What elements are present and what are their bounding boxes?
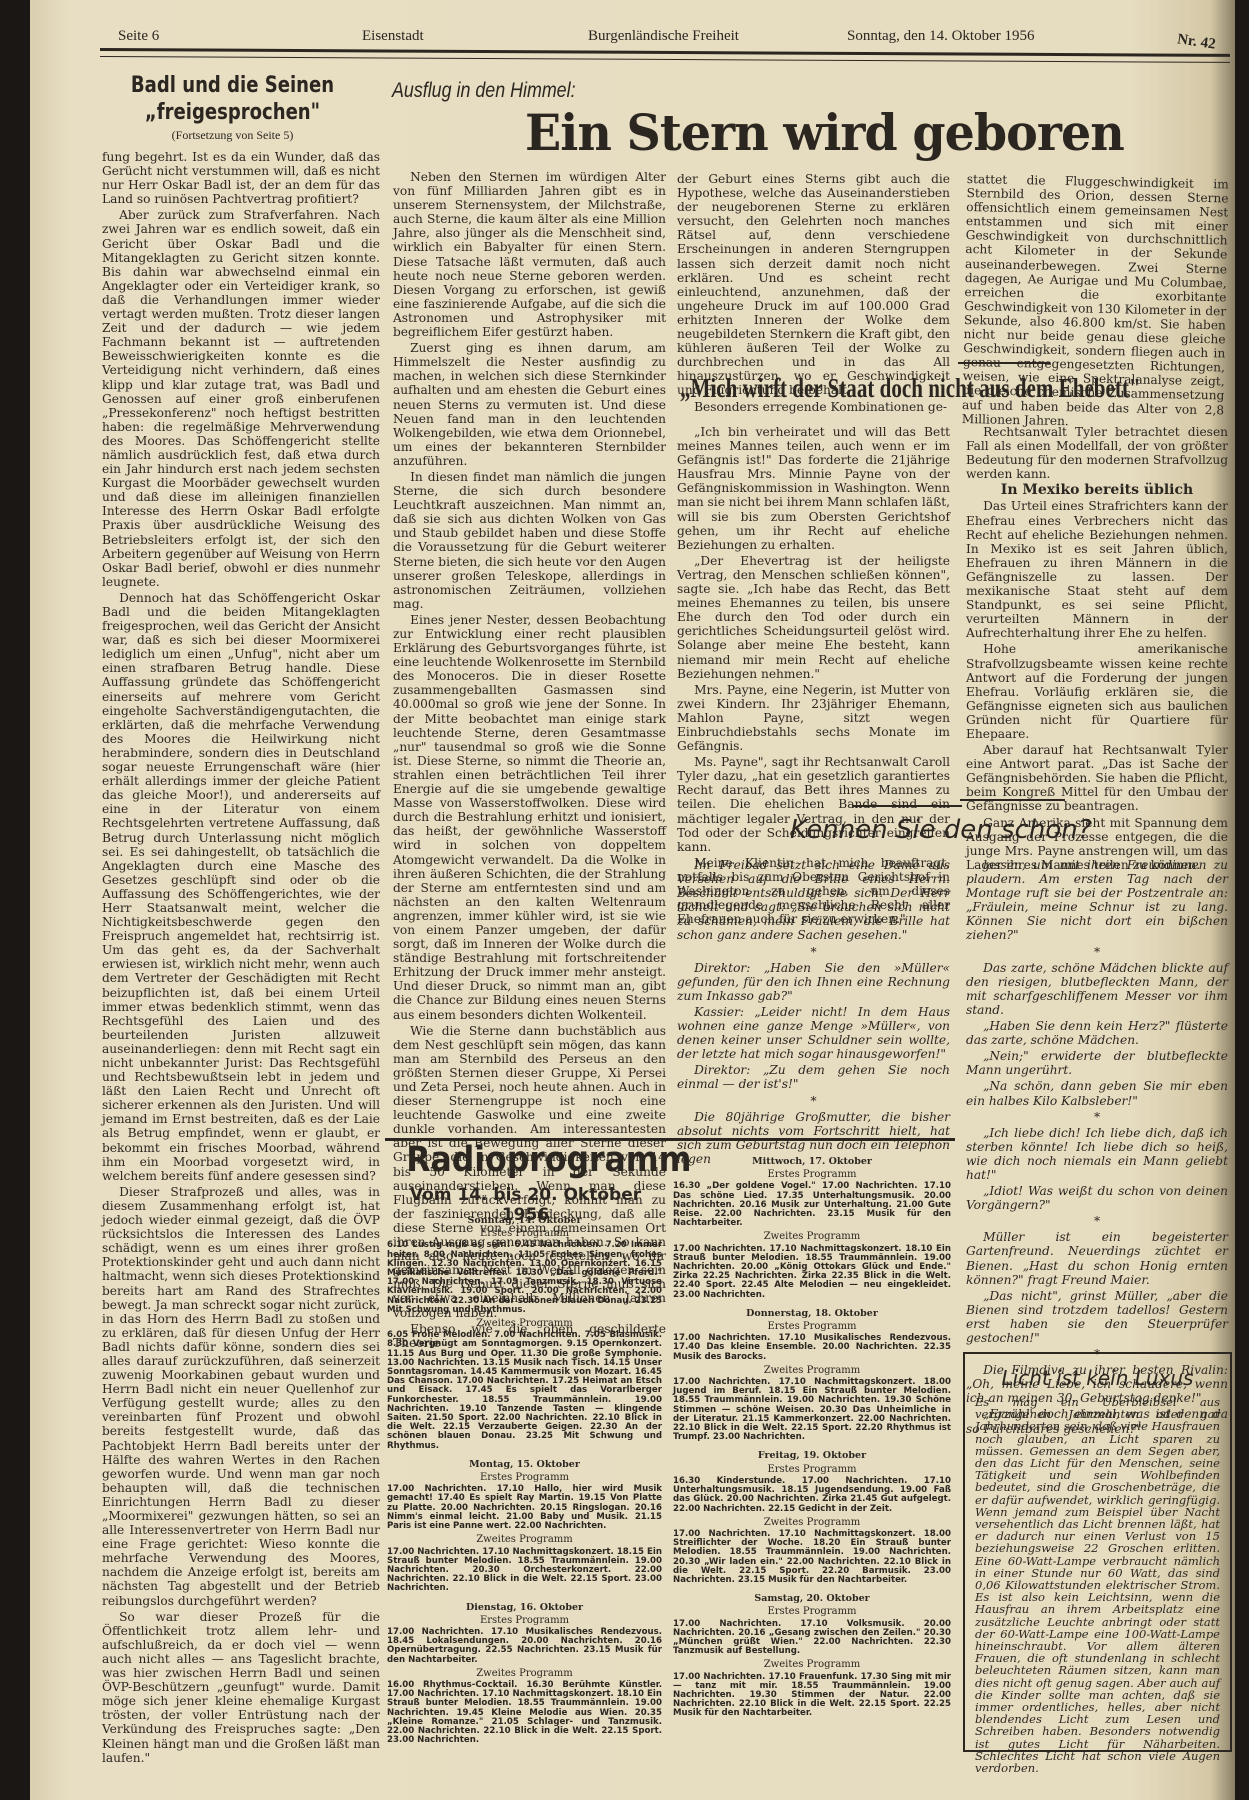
paragraph: Rechtsanwalt Tyler betrachtet diesen Fal… xyxy=(966,425,1228,481)
city: Eisenstadt xyxy=(362,28,424,45)
radio-headline: Radioprogramm xyxy=(406,1140,645,1180)
paragraph: der Geburt eines Sterns gibt auch die Hy… xyxy=(677,172,950,398)
radio-day-heading: Donnerstag, 18. Oktober xyxy=(673,1309,951,1318)
paragraph: lassen, um mit ihren Freundinnen zu plau… xyxy=(966,858,1228,943)
stern-kicker: Ausflug in den Himmel: xyxy=(392,79,576,103)
radio-schedule: 17.00 Nachrichten. 17.10 Nachmittagskonz… xyxy=(673,1245,951,1300)
radio-program-name: Erstes Programm xyxy=(387,1473,662,1482)
paragraph: „Das nicht", grinst Müller, „aber die Bi… xyxy=(966,1289,1228,1345)
ehebett-column-2: Rechtsanwalt Tyler betrachtet diesen Fal… xyxy=(966,425,1228,872)
radio-program-name: Erstes Programm xyxy=(673,1170,951,1179)
paragraph: fung begehrt. Ist es da ein Wunder, daß … xyxy=(102,150,380,206)
jokes-headline: Kennen Sie den schon? xyxy=(790,815,1092,845)
radio-schedule: 17.00 Nachrichten. 17.10 Volksmusik. 20.… xyxy=(673,1620,951,1657)
asterisk-separator: * xyxy=(966,1214,1228,1228)
radio-day-heading: Samstag, 20. Oktober xyxy=(673,1594,951,1603)
radio-schedule: 17.00 Nachrichten. 17.10 Nachmittagskonz… xyxy=(673,1530,951,1585)
paragraph: In diesen findet man nämlich die jungen … xyxy=(393,470,666,611)
radio-program-name: Erstes Programm xyxy=(673,1607,951,1616)
radio-schedule: 6.10 Lustig muß es sein! 6.45 Nachrichte… xyxy=(387,1241,662,1315)
ehebett-headline: „Mich wirft der Staat doch nicht aus dem… xyxy=(680,373,1141,404)
radio-program-name: Zweites Programm xyxy=(387,1669,662,1678)
divider xyxy=(852,805,962,807)
jokes-column-1: Im Freibad setzt sich eine Dame aus Vers… xyxy=(677,858,950,1166)
radio-schedule: 16.00 Rhythmus-Cocktail. 16.30 Berühmte … xyxy=(387,1681,662,1745)
badl-headline: Badl und die Seinen „freigesprochen" xyxy=(124,72,341,126)
radio-schedule: 6.05 Frohe Melodien. 7.00 Nachrichten. 7… xyxy=(387,1331,662,1451)
paragraph: „Idiot! Was weißt du schon von deinen Vo… xyxy=(966,1184,1228,1212)
radio-program-name: Zweites Programm xyxy=(673,1366,951,1375)
radio-schedule: 17.00 Nachrichten. 17.10 Hallo, hier wir… xyxy=(387,1485,662,1531)
paragraph: „Na schön, dann geben Sie mir eben ein h… xyxy=(966,1079,1228,1107)
radio-program-name: Erstes Programm xyxy=(387,1229,662,1238)
asterisk-separator: * xyxy=(966,1110,1228,1124)
radio-schedule: 16.30 „Der goldene Vogel." 17.00 Nachric… xyxy=(673,1182,951,1228)
radio-program-name: Zweites Programm xyxy=(387,1535,662,1544)
badl-headline-line2: „freigesprochen" xyxy=(124,99,341,126)
paragraph: Das zarte, schöne Mädchen blickte auf de… xyxy=(966,961,1228,1017)
radio-schedule: 17.00 Nachrichten. 17.10 Musikalisches R… xyxy=(673,1334,951,1362)
paragraph: Dieser Strafprozeß und alles, was in die… xyxy=(102,1185,380,1608)
paragraph: So war dieser Prozeß für die Öffentlichk… xyxy=(102,1610,380,1765)
paragraph: „Der Ehevertrag ist der heiligste Vertra… xyxy=(677,554,950,681)
radio-day-heading: Freitag, 19. Oktober xyxy=(673,1451,951,1460)
masthead: Seite 6 Eisenstadt Burgenländische Freih… xyxy=(90,28,1220,50)
badl-continued-note: (Fortsetzung von Seite 5) xyxy=(100,128,365,143)
paragraph: Zuerst ging es ihnen darum, am Himmelsze… xyxy=(393,341,666,468)
badl-article-body: fung begehrt. Ist es da ein Wunder, daß … xyxy=(102,150,380,1765)
paragraph: Eines jener Nester, dessen Beobachtung z… xyxy=(393,613,666,1022)
paragraph: Das Urteil eines Strafrichters kann der … xyxy=(966,499,1228,640)
paragraph: „Haben Sie denn kein Herz?" flüsterte da… xyxy=(966,1019,1228,1047)
paragraph: Im Freibad setzt sich eine Dame aus Vers… xyxy=(677,858,950,943)
issue-date: Sonntag, den 14. Oktober 1956 xyxy=(847,28,1034,45)
radio-program-name: Erstes Programm xyxy=(673,1465,951,1474)
radio-program-name: Erstes Programm xyxy=(387,1616,662,1625)
paragraph: Dennoch hat das Schöffengericht Oskar Ba… xyxy=(102,591,380,1183)
ehebett-subhead: In Mexiko bereits üblich xyxy=(966,483,1228,497)
radio-column-2: Mittwoch, 17. OktoberErstes Programm16.3… xyxy=(673,1148,951,1719)
radio-day-heading: Dienstag, 16. Oktober xyxy=(387,1603,662,1612)
licht-box: Licht ist kein Luxus Es mag ein Überblei… xyxy=(963,1352,1232,1752)
asterisk-separator: * xyxy=(677,945,950,959)
badl-headline-line1: Badl und die Seinen xyxy=(124,72,341,99)
licht-headline: Licht ist kein Luxus xyxy=(965,1366,1230,1390)
radio-schedule: 16.30 Kinderstunde. 17.00 Nachrichten. 1… xyxy=(673,1477,951,1514)
paragraph: Direktor: „Zu dem gehen Sie noch einmal … xyxy=(677,1063,950,1091)
licht-body: Es mag ein Überbleibsel aus vergangenen … xyxy=(975,1396,1220,1774)
ehebett-column-1: „Ich bin verheiratet und will das Bett m… xyxy=(677,425,950,926)
paragraph: Direktor: „Haben Sie den »Müller« gefund… xyxy=(677,961,950,1003)
asterisk-separator: * xyxy=(966,945,1228,959)
paragraph: „Nein;" erwiderte der blutbefleckte Mann… xyxy=(966,1049,1228,1077)
radio-column-1: Sonntag, 14. OktoberErstes Programm6.10 … xyxy=(387,1207,662,1745)
radio-program-name: Zweites Programm xyxy=(387,1319,662,1328)
radio-program-name: Zweites Programm xyxy=(673,1232,951,1241)
paper-name: Burgenländische Freiheit xyxy=(588,28,739,45)
asterisk-separator: * xyxy=(677,1094,950,1108)
radio-program-name: Erstes Programm xyxy=(673,1322,951,1331)
radio-schedule: 17.00 Nachrichten. 17.10 Nachmittagskonz… xyxy=(387,1548,662,1594)
radio-schedule: 17.00 Nachrichten. 17.10 Frauenfunk. 17.… xyxy=(673,1673,951,1719)
divider xyxy=(958,362,1050,364)
stern-headline: Ein Stern wird geboren xyxy=(525,103,1124,162)
radio-program-name: Zweites Programm xyxy=(673,1660,951,1669)
radio-program-name: Zweites Programm xyxy=(673,1518,951,1527)
paragraph: Hohe amerikanische Strafvollzugsbeamte w… xyxy=(966,642,1228,741)
radio-schedule: 17.00 Nachrichten. 17.10 Nachmittagskonz… xyxy=(673,1378,951,1442)
paragraph: Mrs. Payne, eine Negerin, ist Mutter von… xyxy=(677,683,950,753)
paragraph: „Ich liebe dich! Ich liebe dich, daß ich… xyxy=(966,1126,1228,1182)
radio-day-heading: Montag, 15. Oktober xyxy=(387,1460,662,1469)
divider xyxy=(960,799,1065,801)
paragraph: Müller ist ein begeisterter Gartenfreund… xyxy=(966,1230,1228,1286)
paragraph: Kassier: „Leider nicht! In dem Haus wohn… xyxy=(677,1005,950,1061)
radio-day-heading: Mittwoch, 17. Oktober xyxy=(673,1157,951,1166)
paragraph: Aber darauf hat Rechtsanwalt Tyler eine … xyxy=(966,743,1228,813)
radio-schedule: 17.00 Nachrichten. 17.10 Musikalisches R… xyxy=(387,1628,662,1665)
paragraph: Aber zurück zum Strafverfahren. Nach zwe… xyxy=(102,208,380,589)
page-number: Seite 6 xyxy=(118,28,159,45)
jokes-column-2: lassen, um mit ihren Freundinnen zu plau… xyxy=(966,858,1228,1436)
radio-day-heading: Sonntag, 14. Oktober xyxy=(387,1216,662,1225)
paragraph: Neben den Sternen im würdigen Alter von … xyxy=(393,170,666,339)
paragraph: „Ich bin verheiratet und will das Bett m… xyxy=(677,425,950,552)
